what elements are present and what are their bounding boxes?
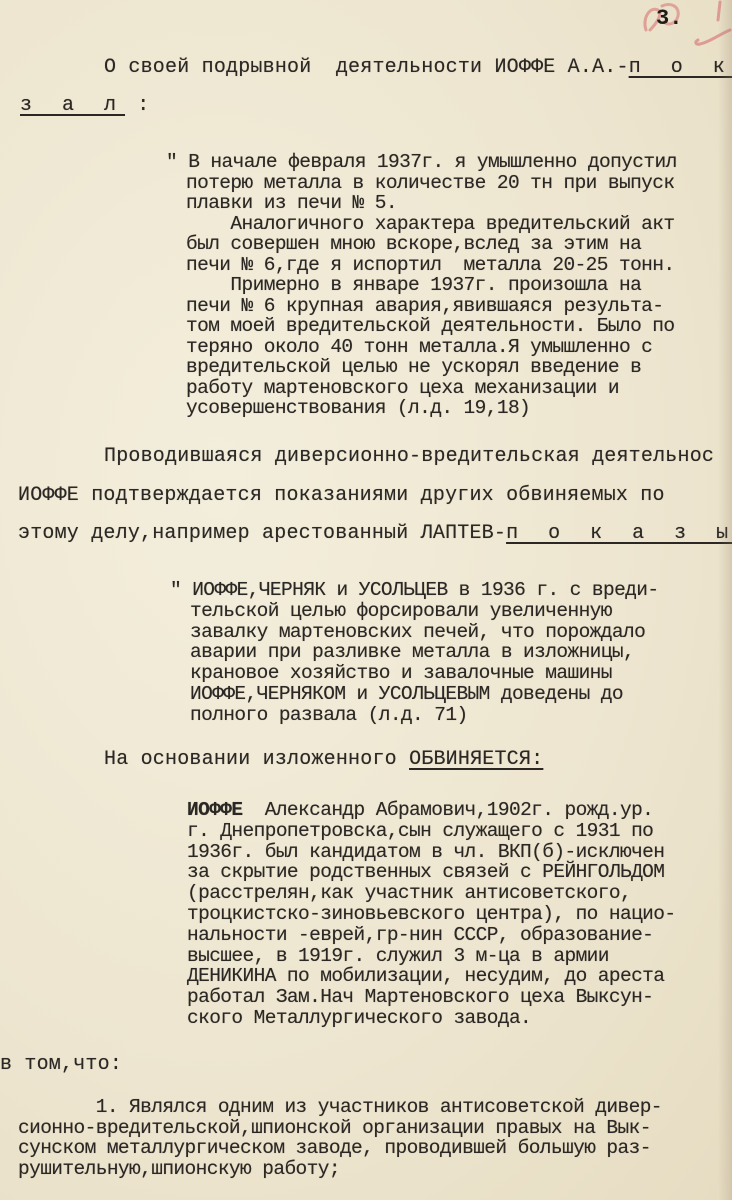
bio-line: работал Зам.Нач Мартеновского цеха Выксу… <box>187 987 653 1007</box>
bio-line: за скрытие родственных связей с РЕЙНГОЛЬ… <box>187 862 664 882</box>
bio-line: (расстрелян,как участник антисоветского, <box>187 883 631 903</box>
accusation-lead: На основании изложенного <box>104 748 409 771</box>
q1-line: Примерно в январе 1937г. произошла на <box>186 275 641 295</box>
q1-line: потерю металла в количестве 20 тн при вы… <box>186 173 674 193</box>
in-that-label: в том,что: <box>0 1055 122 1075</box>
page-edge-shadow <box>718 0 732 1200</box>
spaced-word-pokazyvaet: п о к а з ы в а е <box>506 522 732 545</box>
q1-line: теряно около 40 тонн металла.Я умышленно… <box>186 337 652 357</box>
q1-line: том моей вредительской деятельности. Был… <box>186 316 674 336</box>
q2-line: полного развала (л.д. 71) <box>190 705 468 725</box>
q2-line: крановое хозяйство и завалочные машины <box>190 663 612 683</box>
q2-line: тельской целью форсировали увеличенную <box>190 601 612 621</box>
bio-line: ского Металлургического завода. <box>187 1008 531 1028</box>
q1-line: вредительской целью не ускорял введение … <box>186 357 641 377</box>
bio-line: ИОФФЕ Александр Абрамович,1902г. рожд.ур… <box>187 800 653 820</box>
q2-line: аварии при разливке металла в изложницы, <box>190 642 634 662</box>
spaced-word-pokazal-part1: п о к а <box>629 56 732 79</box>
bio-line: 1936г. был кандидатом в чл. ВКП(б)-исклю… <box>187 842 664 862</box>
bio-line: ДЕНИКИНА по мобилизации, несудим, до аре… <box>187 966 664 986</box>
accusation-keyword: ОБВИНЯЕТСЯ: <box>409 748 543 771</box>
document-page: 3. О своей подрывной деятельности ИОФФЕ … <box>0 0 732 1200</box>
colon: : <box>125 94 149 117</box>
intro-text: О своей подрывной деятельности ИОФФЕ А.А… <box>104 56 629 79</box>
q1-line: плавки из печи № 5. <box>186 193 397 213</box>
para2-line-1: Проводившаяся диверсионно-вредительская … <box>104 447 714 467</box>
page-number: 3. <box>656 6 682 31</box>
q2-line: завалку мартеновских печей, что порождал… <box>190 622 645 642</box>
q1-line: печи № 6 крупная авария,явившаяся резуль… <box>186 296 663 316</box>
q1-line: работу мартеновского цеха механизации и <box>186 378 619 398</box>
para2-line-3: этому делу,например арестованный ЛАПТЕВ-… <box>18 524 732 544</box>
item1-line: сионно-вредительской,шпионской организац… <box>18 1118 651 1138</box>
para2-line-2: ИОФФЕ подтверждается показаниями других … <box>18 486 665 506</box>
q1-line: Аналогичного характера вредительский акт <box>186 214 674 234</box>
intro-line: О своей подрывной деятельности ИОФФЕ А.А… <box>104 58 732 78</box>
accusation-line: На основании изложенного ОБВИНЯЕТСЯ: <box>104 750 543 770</box>
para2-line-3-text: этому делу,например арестованный ЛАПТЕВ- <box>18 522 506 545</box>
bio-line: высшее, в 1919г. служил 3 м-ца в армии <box>187 946 609 966</box>
item1-line: рушительную,шпионскую работу; <box>18 1159 340 1179</box>
q1-line: " В начале февраля 1937г. я умышленно до… <box>166 152 677 172</box>
spaced-word-pokazal-part2: з а л <box>20 94 125 117</box>
bio-line: г. Днепропетровска,сын служащего с 1931 … <box>187 821 653 841</box>
intro-line-2: з а л : <box>20 96 149 116</box>
q1-line: усовершенствования (л.д. 19,18) <box>186 398 530 418</box>
item1-line: сунском металлургическом заводе, проводи… <box>18 1138 651 1158</box>
q2-line: " ИОФФЕ,ЧЕРНЯК и УСОЛЬЦЕВ в 1936 г. с вр… <box>170 580 658 600</box>
q2-line: ИОФФЕ,ЧЕРНЯКОМ и УСОЛЬЦЕВЫМ доведены до <box>190 684 623 704</box>
q1-line: был совершен мною вскоре,вслед за этим н… <box>186 234 641 254</box>
bio-line: нальности -еврей,гр-нин СССР, образовани… <box>187 925 653 945</box>
bio-line: троцкистско-зиновьевского центра), по на… <box>187 904 675 924</box>
item1-line: 1. Являлся одним из участников антисовет… <box>18 1097 662 1117</box>
q1-line: печи № 6,где я испортил металла 20-25 то… <box>186 255 674 275</box>
